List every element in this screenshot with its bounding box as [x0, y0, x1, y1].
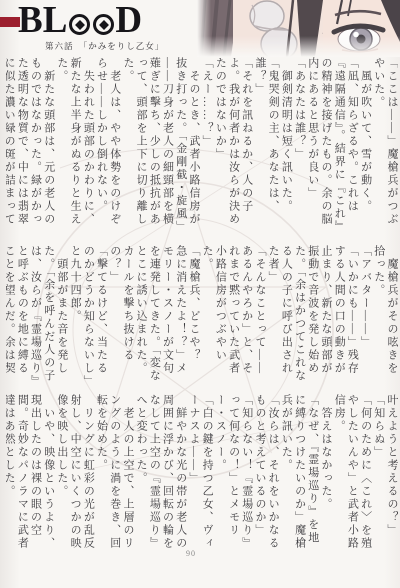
heroine-eyes-artwork: [197, 0, 400, 57]
text-line: 「ここは——」魔槍兵がつぶやいた。: [372, 57, 398, 235]
text-line: 老人は、やや体勢をのけぞらせ——しかし倒れない。: [94, 57, 120, 235]
eye-closeup-illustration: [197, 0, 400, 57]
logo-letter: B: [18, 3, 43, 40]
text-line: 鮮やかな光の帯が老人の周囲に浮かび、回転の輪をなして上空の『霊場巡り』へと変わっ…: [134, 394, 187, 550]
red-accent-bar: [0, 17, 20, 27]
text-line: 御剣清明は短く訊いた。: [279, 57, 292, 235]
text-line: 「なぜ、『霊場巡り』を地に縛りつけたいのか」魔槍兵が訊いた。: [279, 394, 319, 550]
text-line: 答えはなかった。: [319, 394, 332, 550]
text-line: 「何のために〈これ〉を殖やしたいんや」と武者小路信房。: [332, 394, 372, 550]
text-line: 新たな頭部は、元の老人のものではなかった。緑がかった透明な物質で、中には翡翠に似…: [6, 57, 55, 235]
text-line: 「凪、知らざるや。これは『遠隔通信』。結界に『これ』の精神を接げたもの。余の脳内…: [306, 57, 359, 235]
text-line: 「白の鍵を持つ乙女、ヴィーナスよ——」: [187, 394, 213, 550]
text-band-3: 叶えようと考えるの？」「知らぬ」「何のために〈これ〉を殖やしたいんや」と武者小路…: [6, 394, 398, 550]
logo-letter: L: [43, 3, 68, 40]
text-line: 「鬼哭剣の主、あなたは、誰？」: [253, 57, 279, 235]
diamond-icon: [75, 20, 85, 30]
text-line: 頭部がまた音を発した。「余を呼んだ人の子は、汝らが『霊場巡り』と呼ぶものを地に縛…: [6, 245, 68, 387]
text-line: リングに虹彩の光が乱反射し、中空にいくつかの映像を映し出した。: [55, 394, 95, 550]
blood-logo: BLD: [18, 3, 142, 39]
text-line: 「あなたは誰？」: [292, 57, 305, 235]
text-band-2: 魔槍兵がその呟きを拾った。「アバター——」「いかにも——」残存する人間の口の動き…: [6, 245, 398, 387]
text-band-1: 「ここは——」魔槍兵がつぶやいた。 風が吹いて、雪が動く。「凪、知らざるや。これ…: [6, 57, 398, 235]
text-line: 「そんなことって——あるんやろか」と、それまで黙っていた武者小路信房がつぶやいた…: [200, 245, 266, 387]
text-line: 風が吹いて、雪が動く。: [358, 57, 371, 235]
text-line: 「アバター——」: [358, 245, 371, 387]
text-line: そのとき、武者小路信房が抜き打った。「金剛截・旋風」——刀身が老人の細頸部を横薙…: [121, 57, 200, 235]
diamond-icon: [99, 20, 109, 30]
text-line: 「知らぬ」: [372, 394, 385, 550]
text-line: 「撃てるけど、当たるのかどうか知らないし」と九十四郎。: [68, 245, 108, 387]
text-line: 魔槍兵がその呟きを拾った。: [372, 245, 398, 387]
text-line: 「知らない！『霊場巡り』って何なの！」とメモリー・スノー。: [213, 394, 253, 550]
page-number: 90: [0, 549, 382, 558]
text-line: 「いかにも——」残存する人間の口の動きが止まり、新たな頭部が振動で音波を発し始め…: [266, 245, 358, 387]
text-line: 失われた頭部のかわりに、新たな上半身がぬるりと生えた。: [55, 57, 95, 235]
text-line: いや、映像というより、現出したのは裸の眼の空間。奇妙なパノラマに武者達はあ然とし…: [6, 394, 55, 550]
chapter-title: 第六話 「かみをりし乙女」: [45, 40, 164, 52]
novel-page: BLD 第六話 「かみをりし乙女」: [0, 0, 400, 588]
text-line: 「それを訊ねるか、人の子よ。我が何者かは汝らが決めたのではないか」: [213, 57, 253, 235]
text-line: 「えー……？」: [200, 57, 213, 235]
logo-o-crosshair-icon: [93, 14, 114, 35]
text-line: 叶えようと考えるの？」: [385, 394, 398, 550]
logo-letter: D: [115, 3, 142, 40]
text-line: 老人の上空で、上層のリングのように渦を巻き、回転を始めた。: [94, 394, 134, 550]
text-line: 「魔槍兵、どこや？ 急に消えたよ！？」メモリー・スノーが文句を連発してきた。「変…: [108, 245, 200, 387]
text-line: 「汝らは、それをいかなるものと考えているのか」: [253, 394, 279, 550]
logo-o-crosshair-icon: [69, 14, 90, 35]
